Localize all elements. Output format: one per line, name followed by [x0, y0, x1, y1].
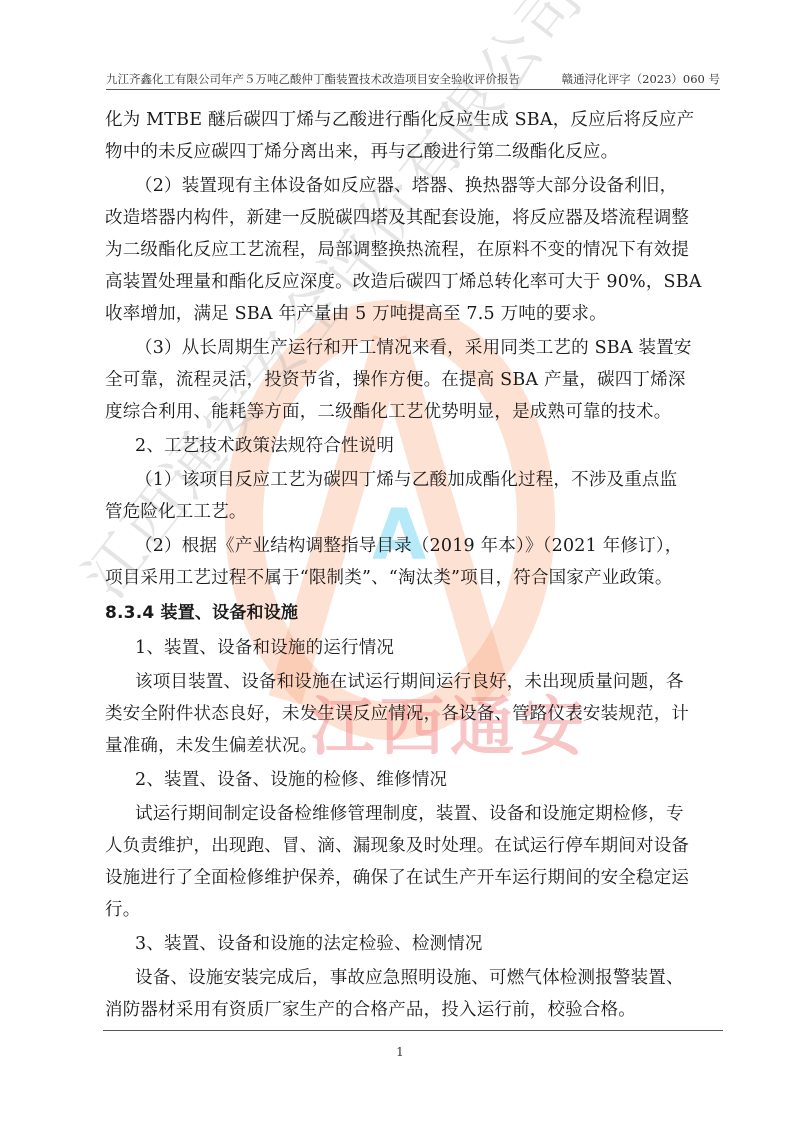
paragraph-line: 该项目装置、设备和设施在试运行期间运行良好，未出现质量问题，各 [135, 668, 684, 693]
paragraph-line: （3）从长周期生产运行和开工情况来看，采用同类工艺的 SBA 装置安 [135, 334, 692, 359]
page-header: 九江齐鑫化工有限公司年产５万吨乙酸仲丁酯装置技术改造项目安全验收评价报告 赣通浔… [106, 71, 720, 90]
paragraph-line: 人负责维护，出现跑、冒、滴、漏现象及时处理。在试运行停车期间对设备 [105, 832, 689, 857]
paragraph-line: 试运行期间制定设备检维修管理制度，装置、设备和设施定期检修，专 [135, 800, 684, 825]
paragraph-line: 改造塔器内构件，新建一反脱碳四塔及其配套设施，将反应器及塔流程调整 [105, 204, 689, 229]
paragraph-line: 消防器材采用有资质厂家生产的合格产品，投入运行前，校验合格。 [105, 996, 636, 1021]
header-doc-number: 赣通浔化评字（2023）060 号 [562, 71, 720, 87]
section-heading: 8.3.4 装置、设备和设施 [105, 598, 298, 623]
paragraph-line: 化为 MTBE 醚后碳四丁烯与乙酸进行酯化反应生成 SBA，反应后将反应产 [105, 106, 694, 131]
paragraph-line: （2）装置现有主体设备如反应器、塔器、换热器等大部分设备利旧， [135, 172, 677, 197]
paragraph-line: 设备、设施安装完成后，事故应急照明设施、可燃气体检测报警装置、 [135, 964, 684, 989]
paragraph-line: 收率增加，满足 SBA 年产量由 5 万吨提高至 7.5 万吨的要求。 [105, 300, 607, 325]
footer-divider [103, 1030, 723, 1031]
subsection-title: 3、装置、设备和设施的法定检验、检测情况 [135, 930, 483, 955]
paragraph-line: （2）根据《产业结构调整指导目录（2019 年本）》（2021 年修订）， [135, 532, 682, 557]
paragraph-line: 度综合利用、能耗等方面，二级酯化工艺优势明显，是成熟可靠的技术。 [105, 398, 671, 423]
paragraph-line: 全可靠，流程灵活，投资节省，操作方便。在提高 SBA 产量，碳四丁烯深 [105, 366, 686, 391]
paragraph-line: 项目采用工艺过程不属于“限制类”、“淘汰类”项目，符合国家产业政策。 [105, 564, 673, 589]
paragraph-line: 量准确，未发生偏差状况。 [105, 732, 317, 757]
paragraph-line: 物中的未反应碳四丁烯分离出来，再与乙酸进行第二级酯化反应。 [105, 138, 618, 163]
paragraph-line: 设施进行了全面检修维护保养，确保了在试生产开车运行期间的安全稳定运 [105, 864, 689, 889]
paragraph-line: 类安全附件状态良好，未发生误反应情况，各设备、管路仪表安装规范，计 [105, 700, 689, 725]
subsection-title: 2、装置、设备、设施的检修、维修情况 [135, 766, 447, 791]
paragraph-line: 为二级酯化反应工艺流程，局部调整换热流程，在原料不变的情况下有效提 [105, 236, 689, 261]
subsection-title: 1、装置、设备和设施的运行情况 [135, 634, 394, 659]
page-number: 1 [0, 1045, 800, 1059]
paragraph-line: 高装置处理量和酯化反应深度。改造后碳四丁烯总转化率可大于 90%，SBA [105, 268, 702, 293]
paragraph-line: 行。 [105, 896, 140, 921]
header-report-title: 九江齐鑫化工有限公司年产５万吨乙酸仲丁酯装置技术改造项目安全验收评价报告 [106, 71, 520, 87]
paragraph-line: 管危险化工工艺。 [105, 498, 247, 523]
paragraph-line: （1）该项目反应工艺为碳四丁烯与乙酸加成酯化过程，不涉及重点监 [135, 466, 677, 491]
subsection-title: 2、工艺技术政策法规符合性说明 [135, 432, 394, 457]
